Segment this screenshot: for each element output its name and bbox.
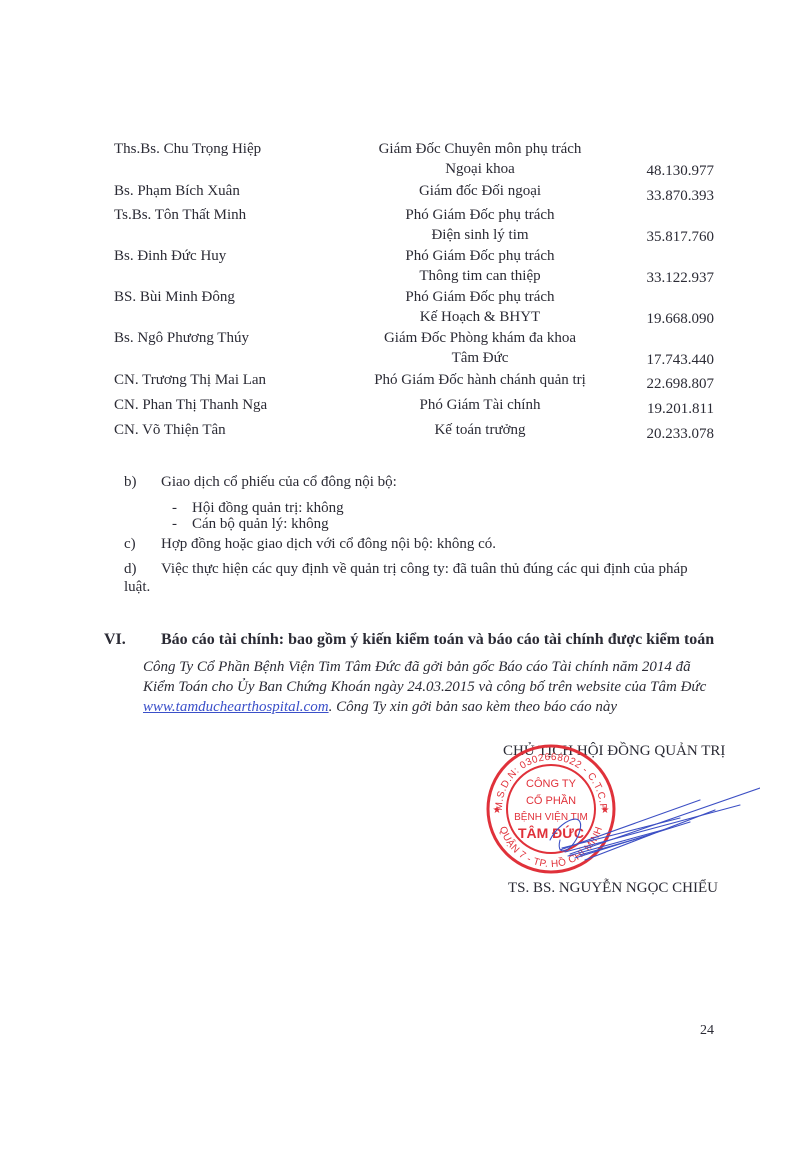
officer-amount: 19.668.090 <box>647 311 715 328</box>
officer-name: CN. Phan Thị Thanh Nga <box>114 397 267 414</box>
section-marker: b) <box>124 474 137 491</box>
officer-title: Phó Giám Tài chính <box>330 397 630 414</box>
bullet-text: Cán bộ quản lý: không <box>192 516 329 533</box>
svg-text:TÂM ĐỨC: TÂM ĐỨC <box>518 824 584 841</box>
title-line: Ngoại khoa <box>330 161 630 178</box>
officer-amount: 35.817.760 <box>647 229 715 246</box>
company-stamp-icon: M.S.D.N: 0302668022 - C.T.C.P QUẬN 7 - T… <box>484 742 618 876</box>
signature-title: CHỦ TỊCH HỘI ĐỒNG QUẢN TRỊ <box>503 743 725 760</box>
officer-title: Kế toán trưởng <box>330 422 630 439</box>
title-line: Phó Giám Đốc phụ trách <box>405 207 554 223</box>
section-text: Hợp đồng hoặc giao dịch với cổ đông nội … <box>161 536 496 553</box>
officer-title: Phó Giám Đốc phụ trách Điện sinh lý tim <box>330 207 630 244</box>
officer-amount: 20.233.078 <box>647 426 715 443</box>
bullet-dash: - <box>172 516 177 533</box>
title-line: Giám Đốc Phòng khám đa khoa <box>384 330 576 346</box>
document-page: Ths.Bs. Chu Trọng Hiệp Giám Đốc Chuyên m… <box>0 0 800 1149</box>
paragraph-text: . Công Ty xin gởi bản sao kèm theo báo c… <box>329 699 618 715</box>
svg-text:★: ★ <box>493 805 502 816</box>
svg-text:QUẬN 7 - TP. HỒ CHÍ MINH: QUẬN 7 - TP. HỒ CHÍ MINH <box>497 825 605 870</box>
officer-name: Ths.Bs. Chu Trọng Hiệp <box>114 141 261 158</box>
svg-text:CÔNG TY: CÔNG TY <box>526 777 577 790</box>
officer-name: CN. Võ Thiện Tân <box>114 422 226 439</box>
title-line: Điện sinh lý tim <box>330 227 630 244</box>
officer-name: BS. Bùi Minh Đông <box>114 289 235 306</box>
paragraph-line: Kiểm Toán cho Ủy Ban Chứng Khoán ngày 24… <box>143 677 706 697</box>
officer-name: CN. Trương Thị Mai Lan <box>114 372 266 389</box>
officer-amount: 17.743.440 <box>647 352 715 369</box>
officer-amount: 22.698.807 <box>647 376 715 393</box>
section-paragraph: Công Ty Cổ Phần Bệnh Viện Tim Tâm Đức đã… <box>143 657 706 717</box>
paragraph-line: www.tamduchearthospital.com. Công Ty xin… <box>143 697 706 717</box>
svg-text:M.S.D.N: 0302668022 - C.T.C.P: M.S.D.N: 0302668022 - C.T.C.P <box>494 752 608 811</box>
svg-text:BỆNH VIỆN TIM: BỆNH VIỆN TIM <box>514 810 588 823</box>
officer-amount: 19.201.811 <box>647 401 714 418</box>
title-line: Phó Giám Tài chính <box>420 397 541 413</box>
officer-amount: 33.122.937 <box>647 270 715 287</box>
svg-text:★: ★ <box>601 805 610 816</box>
section-text: Việc thực hiện các quy định về quản trị … <box>161 561 688 578</box>
bullet-text: Hội đồng quản trị: không <box>192 500 344 517</box>
officer-name: Ts.Bs. Tôn Thất Minh <box>114 207 246 224</box>
title-line: Kế toán trưởng <box>434 422 525 438</box>
officer-title: Phó Giám Đốc phụ trách Kế Hoạch & BHYT <box>330 289 630 326</box>
officer-amount: 33.870.393 <box>647 188 715 205</box>
section-text: Giao dịch cổ phiếu của cổ đông nội bộ: <box>161 474 397 491</box>
title-line: Giám đốc Đối ngoại <box>419 183 541 199</box>
paragraph-line: Công Ty Cổ Phần Bệnh Viện Tim Tâm Đức đã… <box>143 657 706 677</box>
officer-name: Bs. Phạm Bích Xuân <box>114 183 240 200</box>
title-line: Phó Giám Đốc hành chánh quản trị <box>374 372 586 388</box>
title-line: Thông tim can thiệp <box>330 268 630 285</box>
officer-title: Phó Giám Đốc hành chánh quản trị <box>330 372 630 389</box>
officer-title: Phó Giám Đốc phụ trách Thông tim can thi… <box>330 248 630 285</box>
title-line: Kế Hoạch & BHYT <box>330 309 630 326</box>
signer-name: TS. BS. NGUYỄN NGỌC CHIỂU <box>508 880 718 897</box>
officer-name: Bs. Ngô Phương Thúy <box>114 330 249 347</box>
title-line: Phó Giám Đốc phụ trách <box>405 248 554 264</box>
page-number: 24 <box>700 1023 714 1039</box>
section-number: VI. <box>104 631 126 649</box>
officer-title: Giám Đốc Chuyên môn phụ trách Ngoại khoa <box>330 141 630 178</box>
section-heading: Báo cáo tài chính: bao gồm ý kiến kiểm t… <box>161 631 714 649</box>
title-line: Phó Giám Đốc phụ trách <box>405 289 554 305</box>
svg-text:CỔ PHẦN: CỔ PHẦN <box>526 794 576 807</box>
title-line: Giám Đốc Chuyên môn phụ trách <box>379 141 582 157</box>
signature-icon <box>540 780 760 870</box>
officer-title: Giám đốc Đối ngoại <box>330 183 630 200</box>
website-link[interactable]: www.tamduchearthospital.com <box>143 699 329 715</box>
officer-title: Giám Đốc Phòng khám đa khoa Tâm Đức <box>330 330 630 367</box>
officer-amount: 48.130.977 <box>647 163 715 180</box>
section-marker: c) <box>124 536 136 553</box>
section-text: luật. <box>124 579 150 596</box>
title-line: Tâm Đức <box>330 350 630 367</box>
bullet-dash: - <box>172 500 177 517</box>
section-marker: d) <box>124 561 137 578</box>
officer-name: Bs. Đinh Đức Huy <box>114 248 226 265</box>
